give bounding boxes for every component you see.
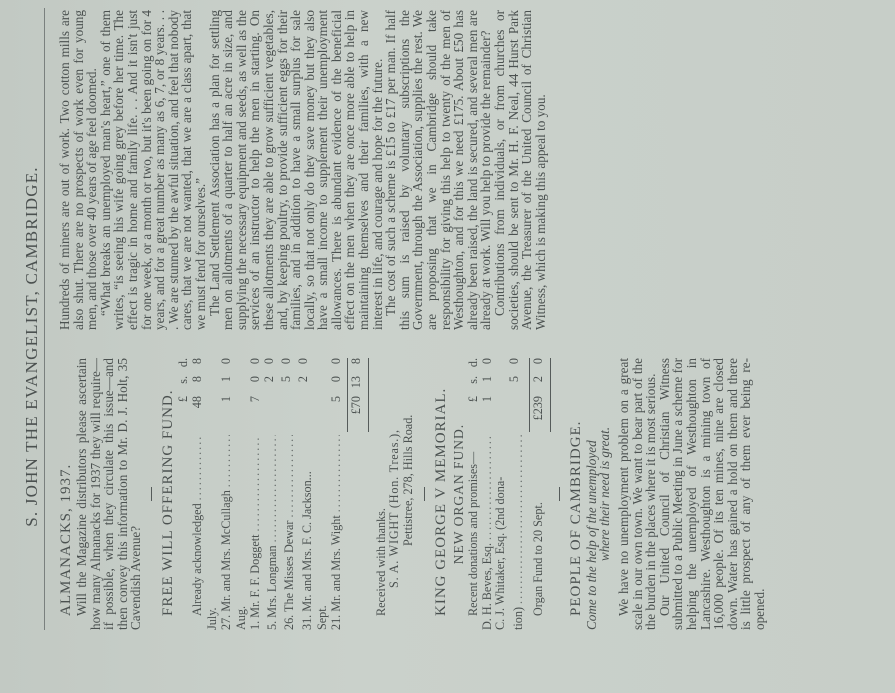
section-divider [559, 487, 560, 501]
fund-entry-row: 1. Mr. F. F. Doggett ...................… [249, 358, 263, 630]
treasurer-signature: S. A. WIGHT (Hon. Treas.), [388, 358, 402, 630]
donation-row: D. H. Beves, Esq. ......................… [481, 358, 495, 630]
tagline-line-2: where their need is great. [598, 358, 612, 630]
month-label: Sept. [316, 358, 330, 630]
fund-entry-row: 27. Mr. and Mrs. McCullagh .............… [220, 358, 234, 630]
total-rule [347, 358, 348, 432]
people-paragraph-1: We have no unemployment problem on a gre… [617, 358, 658, 630]
left-column: ALMANACKS, 1937. Will the Magazine distr… [58, 358, 767, 630]
memorial-intro-row: Recent donations and promises— £ s. d. [467, 358, 481, 630]
fund-entry-row: 26. The Misses Dewar ...................… [280, 358, 297, 630]
fund-entry-row: 21. Mr. and Mrs. Wight .................… [330, 358, 344, 630]
currency-header: £ s. d. [177, 358, 191, 630]
month-label: Aug. [235, 358, 249, 630]
already-acknowledged-row: Already acknowledged ...................… [191, 358, 205, 630]
header-rule [44, 8, 45, 630]
page-title: S. JOHN THE EVANGELIST, CAMBRIDGE. [22, 0, 42, 693]
right-paragraph-5: Contributions from individuals, or from … [493, 10, 547, 330]
people-paragraph-2: Our United Council of Christian Witness … [658, 358, 767, 630]
organ-fund-total-row: Organ Fund to 20 Sept. £239 2 0 [532, 358, 546, 630]
total-rule [368, 358, 369, 432]
total-rule [550, 358, 551, 432]
right-paragraph-4: The cost of such a scheme is £15 to £17 … [384, 10, 493, 330]
page-title-text: S. JOHN THE EVANGELIST, CAMBRIDGE. [22, 166, 42, 527]
fund-entry-row: 5. Mrs. Longman ........................… [263, 358, 280, 630]
fund-total-row: £70 13 8 [350, 358, 364, 630]
right-paragraph-1: Hundreds of miners are out of work. Two … [58, 10, 99, 330]
fund-heading: FREE WILL OFFERING FUND. [160, 358, 177, 630]
section-divider [151, 487, 152, 501]
section-divider [424, 487, 425, 501]
memorial-heading: KING GEORGE V MEMORIAL. [433, 358, 450, 630]
almanacks-body: Will the Magazine distributors please as… [75, 358, 143, 630]
treasurer-address: Pettistree, 278, Hills Road. [402, 358, 416, 630]
received-with-thanks: Received with thanks. [375, 358, 389, 630]
magazine-page: S. JOHN THE EVANGELIST, CAMBRIDGE. ALMAN… [0, 0, 895, 693]
tagline-line-1: Come to the help of the unemployed [585, 358, 599, 630]
month-label: July. [206, 358, 220, 630]
people-heading: PEOPLE OF CAMBRIDGE. [568, 358, 585, 630]
right-column: Hundreds of miners are out of work. Two … [58, 10, 547, 330]
donation-row-label: C. J. Whitaker, Esq. (2nd dona- [494, 358, 508, 630]
right-paragraph-3: The Land Settlement Association has a pl… [208, 10, 385, 330]
fund-entry-row: 31. Mr. and Mrs. F. C. Jackson... 2 0 [297, 358, 314, 630]
scanned-page-frame: S. JOHN THE EVANGELIST, CAMBRIDGE. ALMAN… [0, 0, 895, 693]
donation-row: tion) ..................................… [508, 358, 525, 630]
total-rule [529, 358, 530, 432]
organ-fund-subheading: NEW ORGAN FUND. [452, 358, 466, 630]
right-paragraph-2: “What breaks an unemployed man's heart,”… [99, 10, 208, 330]
almanacks-heading: ALMANACKS, 1937. [58, 358, 75, 630]
